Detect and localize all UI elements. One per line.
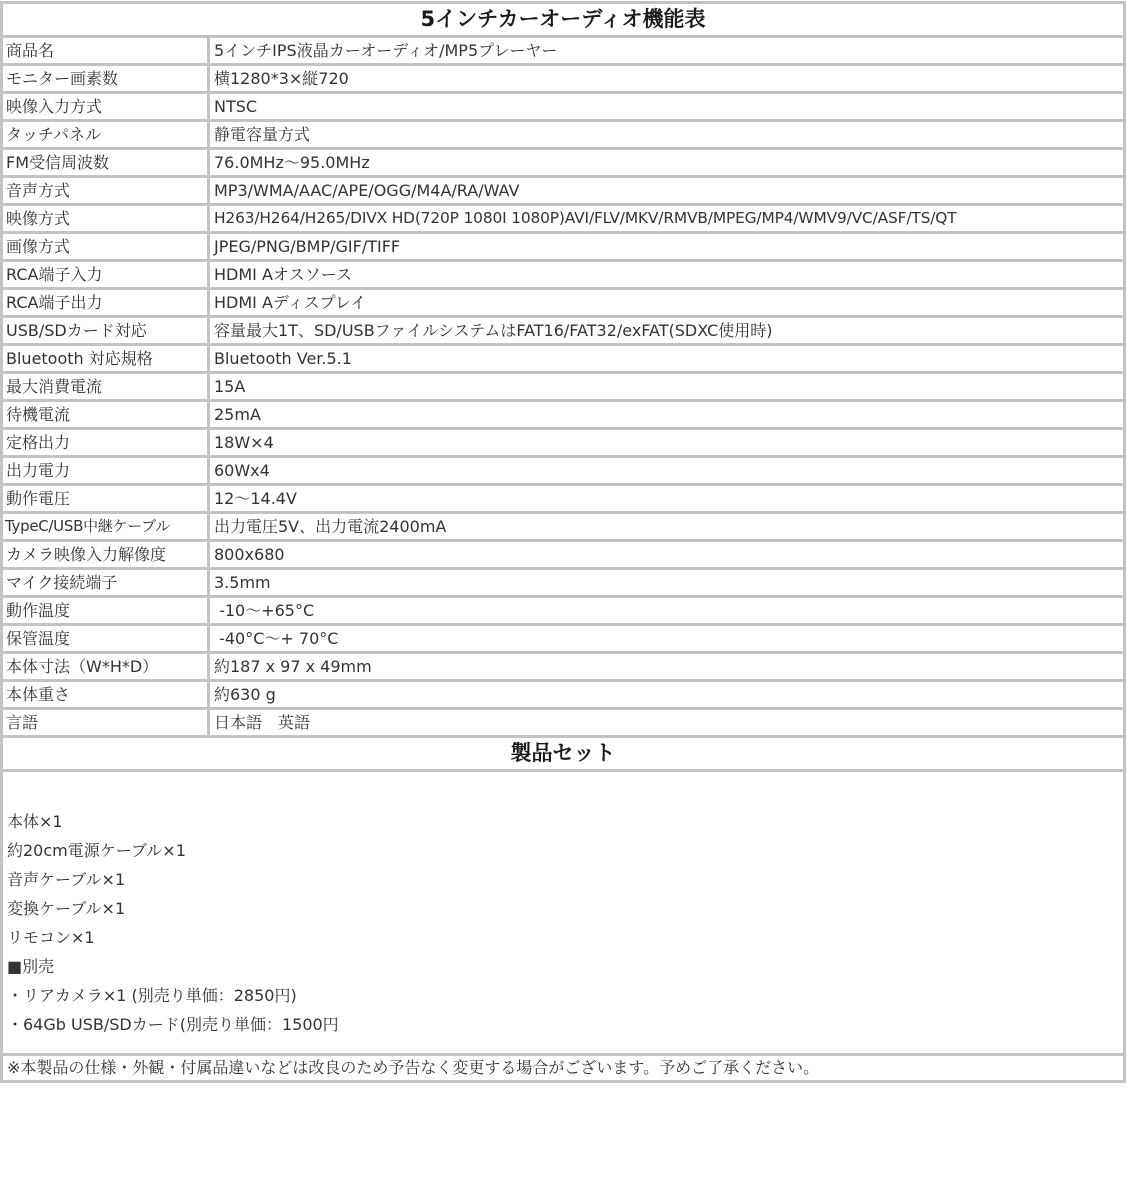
table-row: Bluetooth 対応規格Bluetooth Ver.5.1	[2, 345, 1125, 373]
spec-label: TypeC/USB中継ケーブル	[2, 513, 209, 541]
spec-label: 最大消費電流	[2, 373, 209, 401]
table-row: モニター画素数横1280*3×縦720	[2, 65, 1125, 93]
table-row: 動作電圧12～14.4V	[2, 485, 1125, 513]
table-row: 映像入力方式NTSC	[2, 93, 1125, 121]
spec-value: 約630 g	[209, 681, 1125, 709]
footer-note-row: ※本製品の仕様・外観・付属品違いなどは改良のため予告なく変更する場合がございます…	[2, 1055, 1125, 1082]
spec-value: 横1280*3×縦720	[209, 65, 1125, 93]
table-row: 保管温度 -40°C～+ 70°C	[2, 625, 1125, 653]
spec-label: 動作電圧	[2, 485, 209, 513]
spec-label: 動作温度	[2, 597, 209, 625]
spec-label: Bluetooth 対応規格	[2, 345, 209, 373]
product-set-title: 製品セット	[2, 737, 1125, 771]
spec-value: H263/H264/H265/DIVX HD(720P 1080I 1080P)…	[209, 205, 1125, 233]
spec-label: 保管温度	[2, 625, 209, 653]
spec-value: Bluetooth Ver.5.1	[209, 345, 1125, 373]
product-set-title-row: 製品セット	[2, 737, 1125, 771]
spec-value: 静電容量方式	[209, 121, 1125, 149]
spec-label: RCA端子出力	[2, 289, 209, 317]
spec-label: 本体重さ	[2, 681, 209, 709]
table-row: カメラ映像入力解像度800x680	[2, 541, 1125, 569]
table-row: RCA端子入力HDMI Aオスソース	[2, 261, 1125, 289]
spec-table-title: 5インチカーオーディオ機能表	[2, 3, 1125, 37]
spec-value: 25mA	[209, 401, 1125, 429]
table-row: 言語日本語 英語	[2, 709, 1125, 737]
spec-value: JPEG/PNG/BMP/GIF/TIFF	[209, 233, 1125, 261]
table-row: タッチパネル静電容量方式	[2, 121, 1125, 149]
spec-value: HDMI Aオスソース	[209, 261, 1125, 289]
spec-label: USB/SDカード対応	[2, 317, 209, 345]
spec-label: 画像方式	[2, 233, 209, 261]
spec-table: 5インチカーオーディオ機能表 商品名5インチIPS液晶カーオーディオ/MP5プレ…	[0, 1, 1126, 1083]
table-row: 画像方式JPEG/PNG/BMP/GIF/TIFF	[2, 233, 1125, 261]
spec-value: MP3/WMA/AAC/APE/OGG/M4A/RA/WAV	[209, 177, 1125, 205]
table-row: 動作温度 -10～+65°C	[2, 597, 1125, 625]
list-item: ・リアカメラ×1 (別売り単価：2850円)	[7, 981, 1123, 1010]
spec-value: 日本語 英語	[209, 709, 1125, 737]
spec-label: 定格出力	[2, 429, 209, 457]
sold-separately-heading: ■別売	[7, 952, 1123, 981]
spec-label: 商品名	[2, 37, 209, 65]
table-row: FM受信周波数76.0MHz～95.0MHz	[2, 149, 1125, 177]
footer-note: ※本製品の仕様・外観・付属品違いなどは改良のため予告なく変更する場合がございます…	[2, 1055, 1125, 1082]
spec-label: タッチパネル	[2, 121, 209, 149]
list-item: 変換ケーブル×1	[7, 894, 1123, 923]
table-row: USB/SDカード対応容量最大1T、SD/USBファイルシステムはFAT16/F…	[2, 317, 1125, 345]
spec-value: 5インチIPS液晶カーオーディオ/MP5プレーヤー	[209, 37, 1125, 65]
spec-value: 800x680	[209, 541, 1125, 569]
spec-label: 音声方式	[2, 177, 209, 205]
spec-value: 18W×4	[209, 429, 1125, 457]
spec-label: 映像方式	[2, 205, 209, 233]
list-item: リモコン×1	[7, 923, 1123, 952]
table-row: 出力電力60Wx4	[2, 457, 1125, 485]
spec-value: 3.5mm	[209, 569, 1125, 597]
spec-value: 出力電圧5V、出力電流2400mA	[209, 513, 1125, 541]
table-row: 本体寸法（W*H*D）約187 x 97 x 49mm	[2, 653, 1125, 681]
spec-value: -10～+65°C	[209, 597, 1125, 625]
spec-value: 60Wx4	[209, 457, 1125, 485]
table-row: 定格出力18W×4	[2, 429, 1125, 457]
spec-label: FM受信周波数	[2, 149, 209, 177]
table-row: 待機電流25mA	[2, 401, 1125, 429]
spec-label: カメラ映像入力解像度	[2, 541, 209, 569]
table-row: TypeC/USB中継ケーブル出力電圧5V、出力電流2400mA	[2, 513, 1125, 541]
list-item: 約20cm電源ケーブル×1	[7, 836, 1123, 865]
spec-label: マイク接続端子	[2, 569, 209, 597]
table-row: 商品名5インチIPS液晶カーオーディオ/MP5プレーヤー	[2, 37, 1125, 65]
product-set-row: 本体×1 約20cm電源ケーブル×1 音声ケーブル×1 変換ケーブル×1 リモコ…	[2, 771, 1125, 1055]
list-item: ・64Gb USB/SDカード(別売り単価：1500円	[7, 1010, 1123, 1039]
list-item: 本体×1	[7, 807, 1123, 836]
spec-value: 容量最大1T、SD/USBファイルシステムはFAT16/FAT32/exFAT(…	[209, 317, 1125, 345]
spec-value: HDMI Aディスプレイ	[209, 289, 1125, 317]
spec-value: 15A	[209, 373, 1125, 401]
table-row: 映像方式H263/H264/H265/DIVX HD(720P 1080I 10…	[2, 205, 1125, 233]
spec-sheet: 5インチカーオーディオ機能表 商品名5インチIPS液晶カーオーディオ/MP5プレ…	[0, 1, 1126, 1083]
table-row: 最大消費電流15A	[2, 373, 1125, 401]
spec-label: 待機電流	[2, 401, 209, 429]
spec-label: 出力電力	[2, 457, 209, 485]
spec-value: 約187 x 97 x 49mm	[209, 653, 1125, 681]
spec-value: 12～14.4V	[209, 485, 1125, 513]
spec-title-row: 5インチカーオーディオ機能表	[2, 3, 1125, 37]
spec-value: -40°C～+ 70°C	[209, 625, 1125, 653]
spec-label: 本体寸法（W*H*D）	[2, 653, 209, 681]
product-set-list: 本体×1 約20cm電源ケーブル×1 音声ケーブル×1 変換ケーブル×1 リモコ…	[2, 771, 1125, 1055]
table-row: RCA端子出力HDMI Aディスプレイ	[2, 289, 1125, 317]
list-item: 音声ケーブル×1	[7, 865, 1123, 894]
spec-label: RCA端子入力	[2, 261, 209, 289]
table-row: 本体重さ約630 g	[2, 681, 1125, 709]
spec-label: 言語	[2, 709, 209, 737]
table-row: マイク接続端子3.5mm	[2, 569, 1125, 597]
spec-label: 映像入力方式	[2, 93, 209, 121]
table-row: 音声方式MP3/WMA/AAC/APE/OGG/M4A/RA/WAV	[2, 177, 1125, 205]
spec-value: 76.0MHz～95.0MHz	[209, 149, 1125, 177]
spec-label: モニター画素数	[2, 65, 209, 93]
spec-value: NTSC	[209, 93, 1125, 121]
